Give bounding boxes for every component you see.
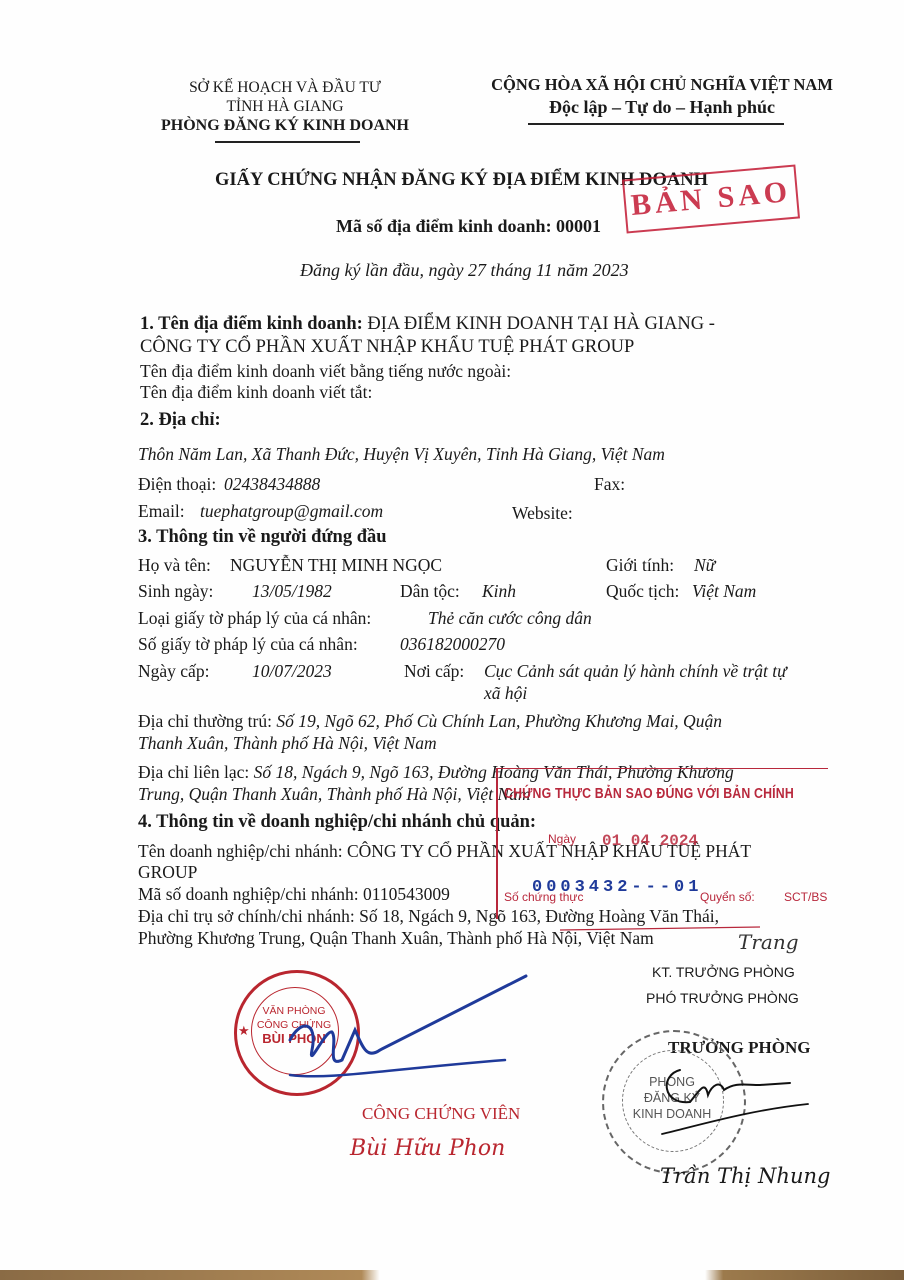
issue-date-label: Ngày cấp: [138, 661, 209, 682]
national-title: CỘNG HÒA XÃ HỘI CHỦ NGHĨA VIỆT NAM [462, 74, 862, 96]
issuer-block: SỞ KẾ HOẠCH VÀ ĐẦU TƯ TỈNH HÀ GIANG PHÒN… [130, 78, 440, 135]
notary-seal-text: VĂN PHÒNG CÔNG CHỨNG BÙI PHON [251, 1004, 337, 1046]
deputy-head-line: PHÓ TRƯỞNG PHÒNG [646, 990, 799, 1006]
phone-label: Điện thoại: [138, 474, 216, 495]
location-code: Mã số địa điểm kinh doanh: 00001 [336, 216, 601, 237]
permanent-address-line2: Thanh Xuân, Thành phố Hà Nội, Việt Nam [138, 733, 437, 754]
notary-name-signature: Bùi Hữu Phon [350, 1136, 505, 1161]
notary-seal-line1: VĂN PHÒNG [251, 1004, 337, 1018]
head-name: NGUYỄN THỊ MINH NGỌC [230, 555, 442, 576]
parent-company-line2: GROUP [138, 862, 197, 883]
dob-label: Sinh ngày: [138, 581, 213, 602]
website-label: Website: [512, 503, 573, 524]
kt-head-line: KT. TRƯỞNG PHÒNG [652, 964, 795, 980]
ethnic-label: Dân tộc: [400, 581, 460, 602]
permanent-address-label: Địa chỉ thường trú: [138, 711, 272, 731]
certification-book-suffix: SCT/BS [784, 890, 827, 904]
office-seal-line2: ĐĂNG KÝ [622, 1090, 722, 1106]
issue-place-line2: xã hội [484, 683, 527, 704]
email-label: Email: [138, 501, 185, 522]
motto-underline [528, 123, 784, 125]
contact-address-line2: Trung, Quận Thanh Xuân, Thành phố Hà Nội… [138, 784, 531, 805]
ethnic-value: Kinh [482, 581, 516, 602]
fax-label: Fax: [594, 474, 625, 495]
notary-seal-star-icon: ★ [238, 1023, 250, 1039]
issuer-underline [215, 141, 360, 143]
certification-stamp-title: CHỨNG THỰC BẢN SAO ĐÚNG VỚI BẢN CHÍNH [504, 786, 794, 802]
id-type-label: Loại giấy tờ pháp lý của cá nhân: [138, 608, 371, 629]
section-4-label: 4. Thông tin về doanh nghiệp/chi nhánh c… [138, 812, 536, 833]
head-name-signature: Trần Thị Nhung [660, 1164, 830, 1188]
section-1-name: 1. Tên địa điểm kinh doanh: ĐỊA ĐIỂM KIN… [140, 314, 715, 335]
national-motto-block: CỘNG HÒA XÃ HỘI CHỦ NGHĨA VIỆT NAM Độc l… [462, 74, 862, 118]
issue-place-label: Nơi cấp: [404, 661, 464, 682]
parent-company-label: Tên doanh nghiệp/chi nhánh: [138, 841, 343, 861]
issue-date-value: 10/07/2023 [252, 661, 332, 682]
certification-day-label: Ngày [548, 832, 576, 846]
contact-address-label: Địa chỉ liên lạc: [138, 762, 249, 782]
permanent-address: Địa chỉ thường trú: Số 19, Ngõ 62, Phố C… [138, 711, 722, 732]
office-seal-line1: PHÒNG [622, 1074, 722, 1090]
short-name-label: Tên địa điểm kinh doanh viết tắt: [140, 382, 372, 403]
id-number-value: 036182000270 [400, 634, 505, 655]
email-value: tuephatgroup@gmail.com [200, 501, 383, 522]
name-label: Họ và tên: [138, 555, 211, 576]
nationality-value: Việt Nam [692, 581, 756, 602]
office-seal-line3: KINH DOANH [622, 1106, 722, 1122]
issue-place-line1: Cục Cảnh sát quản lý hành chính về trật … [484, 661, 787, 682]
section-2-label: 2. Địa chỉ: [140, 410, 221, 431]
initials-mark: Trang [738, 930, 799, 954]
national-motto: Độc lập – Tự do – Hạnh phúc [462, 96, 862, 118]
issuer-office: PHÒNG ĐĂNG KÝ KINH DOANH [130, 116, 440, 135]
section-3-label: 3. Thông tin về người đứng đầu [138, 527, 387, 548]
certification-number: 0003432---01 [532, 878, 702, 897]
certification-book-label: Quyển số: [700, 890, 755, 904]
hq-address-line2: Phường Khương Trung, Quận Thanh Xuân, Th… [138, 928, 654, 949]
location-address: Thôn Năm Lan, Xã Thanh Đức, Huyện Vị Xuy… [138, 444, 665, 465]
gender-label: Giới tính: [606, 555, 674, 576]
registration-date: Đăng ký lần đầu, ngày 27 tháng 11 năm 20… [300, 260, 629, 281]
notary-seal-line3: BÙI PHON [251, 1032, 337, 1046]
office-seal-text: PHÒNG ĐĂNG KÝ KINH DOANH [622, 1074, 722, 1122]
permanent-address-line1: Số 19, Ngõ 62, Phố Cù Chính Lan, Phường … [276, 711, 722, 731]
issuer-province: TỈNH HÀ GIANG [130, 97, 440, 116]
certificate-page: SỞ KẾ HOẠCH VÀ ĐẦU TƯ TỈNH HÀ GIANG PHÒN… [0, 0, 904, 1270]
hq-address-label: Địa chỉ trụ sở chính/chi nhánh: [138, 906, 355, 926]
location-name-line1: ĐỊA ĐIỂM KINH DOANH TẠI HÀ GIANG - [363, 314, 715, 334]
issuer-department: SỞ KẾ HOẠCH VÀ ĐẦU TƯ [130, 78, 440, 97]
location-name-line2: CÔNG TY CỔ PHẦN XUẤT NHẬP KHẨU TUỆ PHÁT … [140, 337, 634, 358]
dob-value: 13/05/1982 [252, 581, 332, 602]
parent-code: Mã số doanh nghiệp/chi nhánh: 0110543009 [138, 884, 450, 905]
parent-code-value: 0110543009 [363, 884, 450, 904]
parent-code-label: Mã số doanh nghiệp/chi nhánh: [138, 884, 359, 904]
id-number-label: Số giấy tờ pháp lý của cá nhân: [138, 634, 358, 655]
nationality-label: Quốc tịch: [606, 581, 679, 602]
certification-date: 01 04 2024 [602, 832, 698, 850]
notary-title: CÔNG CHỨNG VIÊN [362, 1104, 520, 1124]
notary-seal-line2: CÔNG CHỨNG [251, 1018, 337, 1032]
scan-background-edge [0, 1270, 904, 1280]
gender-value: Nữ [694, 555, 715, 576]
id-type-value: Thẻ căn cước công dân [428, 608, 592, 629]
phone-value: 02438434888 [224, 474, 320, 495]
section-1-label: 1. Tên địa điểm kinh doanh: [140, 314, 363, 334]
foreign-name-label: Tên địa điểm kinh doanh viết bằng tiếng … [140, 361, 511, 382]
